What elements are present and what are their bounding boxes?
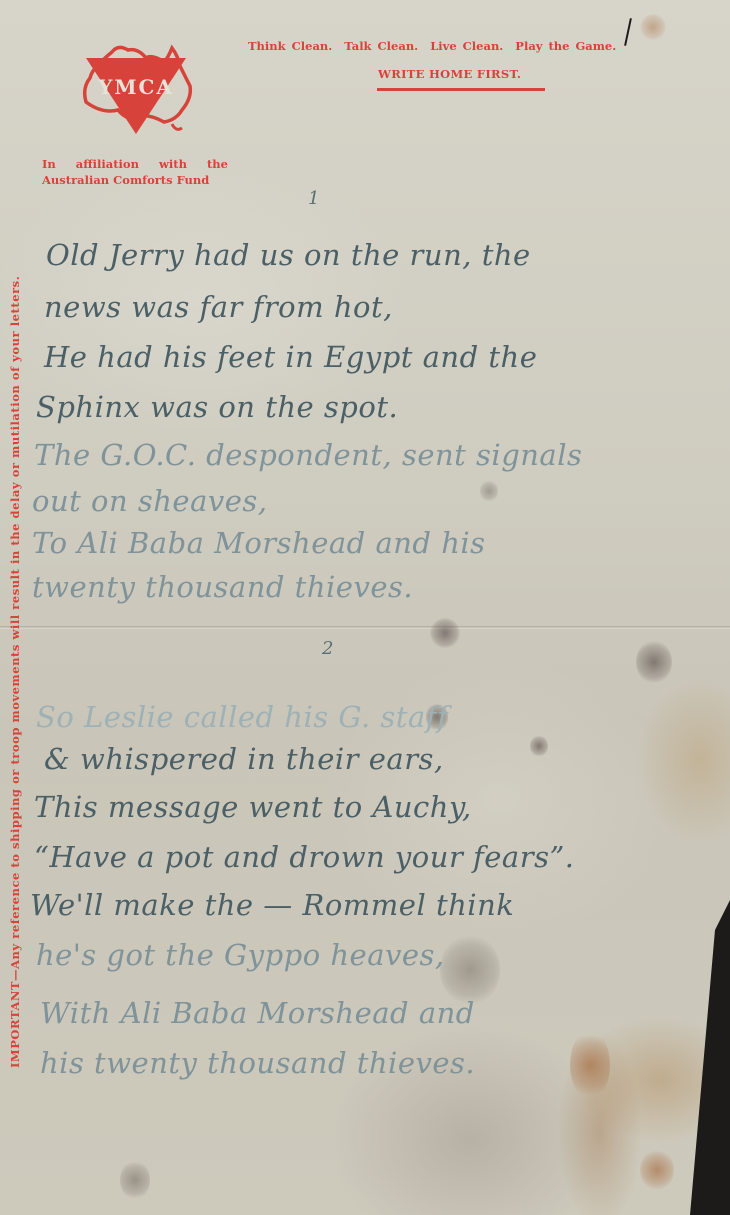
rust-stain [570,1030,610,1100]
letter-line: out on sheaves, [32,484,268,518]
letter-line: & whispered in their ears, [44,742,444,776]
affiliation-word: affiliation [76,156,139,172]
affiliation-word: the [207,156,228,172]
letter-line: “Have a pot and drown your fears”. [34,840,575,874]
letter-line: he's got the Gyppo heaves, [36,938,445,972]
letter-line: twenty thousand thieves. [32,570,413,604]
pin-mark [624,18,632,46]
rust-stain [640,1150,674,1190]
ink-stain [120,1160,150,1200]
affiliation-word: with [159,156,187,172]
svg-text:YMCA: YMCA [97,75,174,99]
affiliation-fund-name: Australian Comforts Fund [42,172,228,188]
ymca-australia-logo-icon: YMCA [72,36,200,136]
letter-line: This message went to Auchy, [34,790,472,824]
letter-line: news was far from hot, [44,290,393,324]
letter-page: YMCA In affiliation with the Australian … [0,0,730,1215]
letter-line: So Leslie called his G. staff [36,700,448,734]
letter-line: We'll make the — Rommel think [30,888,514,922]
ink-stain [636,640,672,684]
verse-number: 2 [322,638,333,659]
letter-line: He had his feet in Egypt and the [44,340,537,374]
letterhead-motto: Think Clean. Talk Clean. Live Clean. Pla… [248,39,616,53]
censorship-warning-text: IMPORTANT—Any reference to shipping or t… [4,58,26,1068]
affiliation-text: In affiliation with the Australian Comfo… [42,156,228,188]
heading-underline [377,88,545,91]
verse-number: 1 [308,188,319,209]
letter-line: Old Jerry had us on the run, the [46,238,531,272]
letter-line: The G.O.C. despondent, sent signals [34,438,582,472]
paper-fold-crease [0,626,730,629]
affiliation-word: In [42,156,56,172]
letter-line: With Ali Baba Morshead and [40,996,475,1030]
letter-line: Sphinx was on the spot. [36,390,398,424]
ink-stain [430,618,460,648]
ink-stain [480,480,498,502]
write-home-first-heading: WRITE HOME FIRST. [378,67,521,81]
rust-stain [640,14,666,40]
letter-line: his twenty thousand thieves. [40,1046,475,1080]
ink-stain [440,935,500,1005]
letter-line: To Ali Baba Morshead and his [32,526,486,560]
ink-stain [530,735,548,757]
